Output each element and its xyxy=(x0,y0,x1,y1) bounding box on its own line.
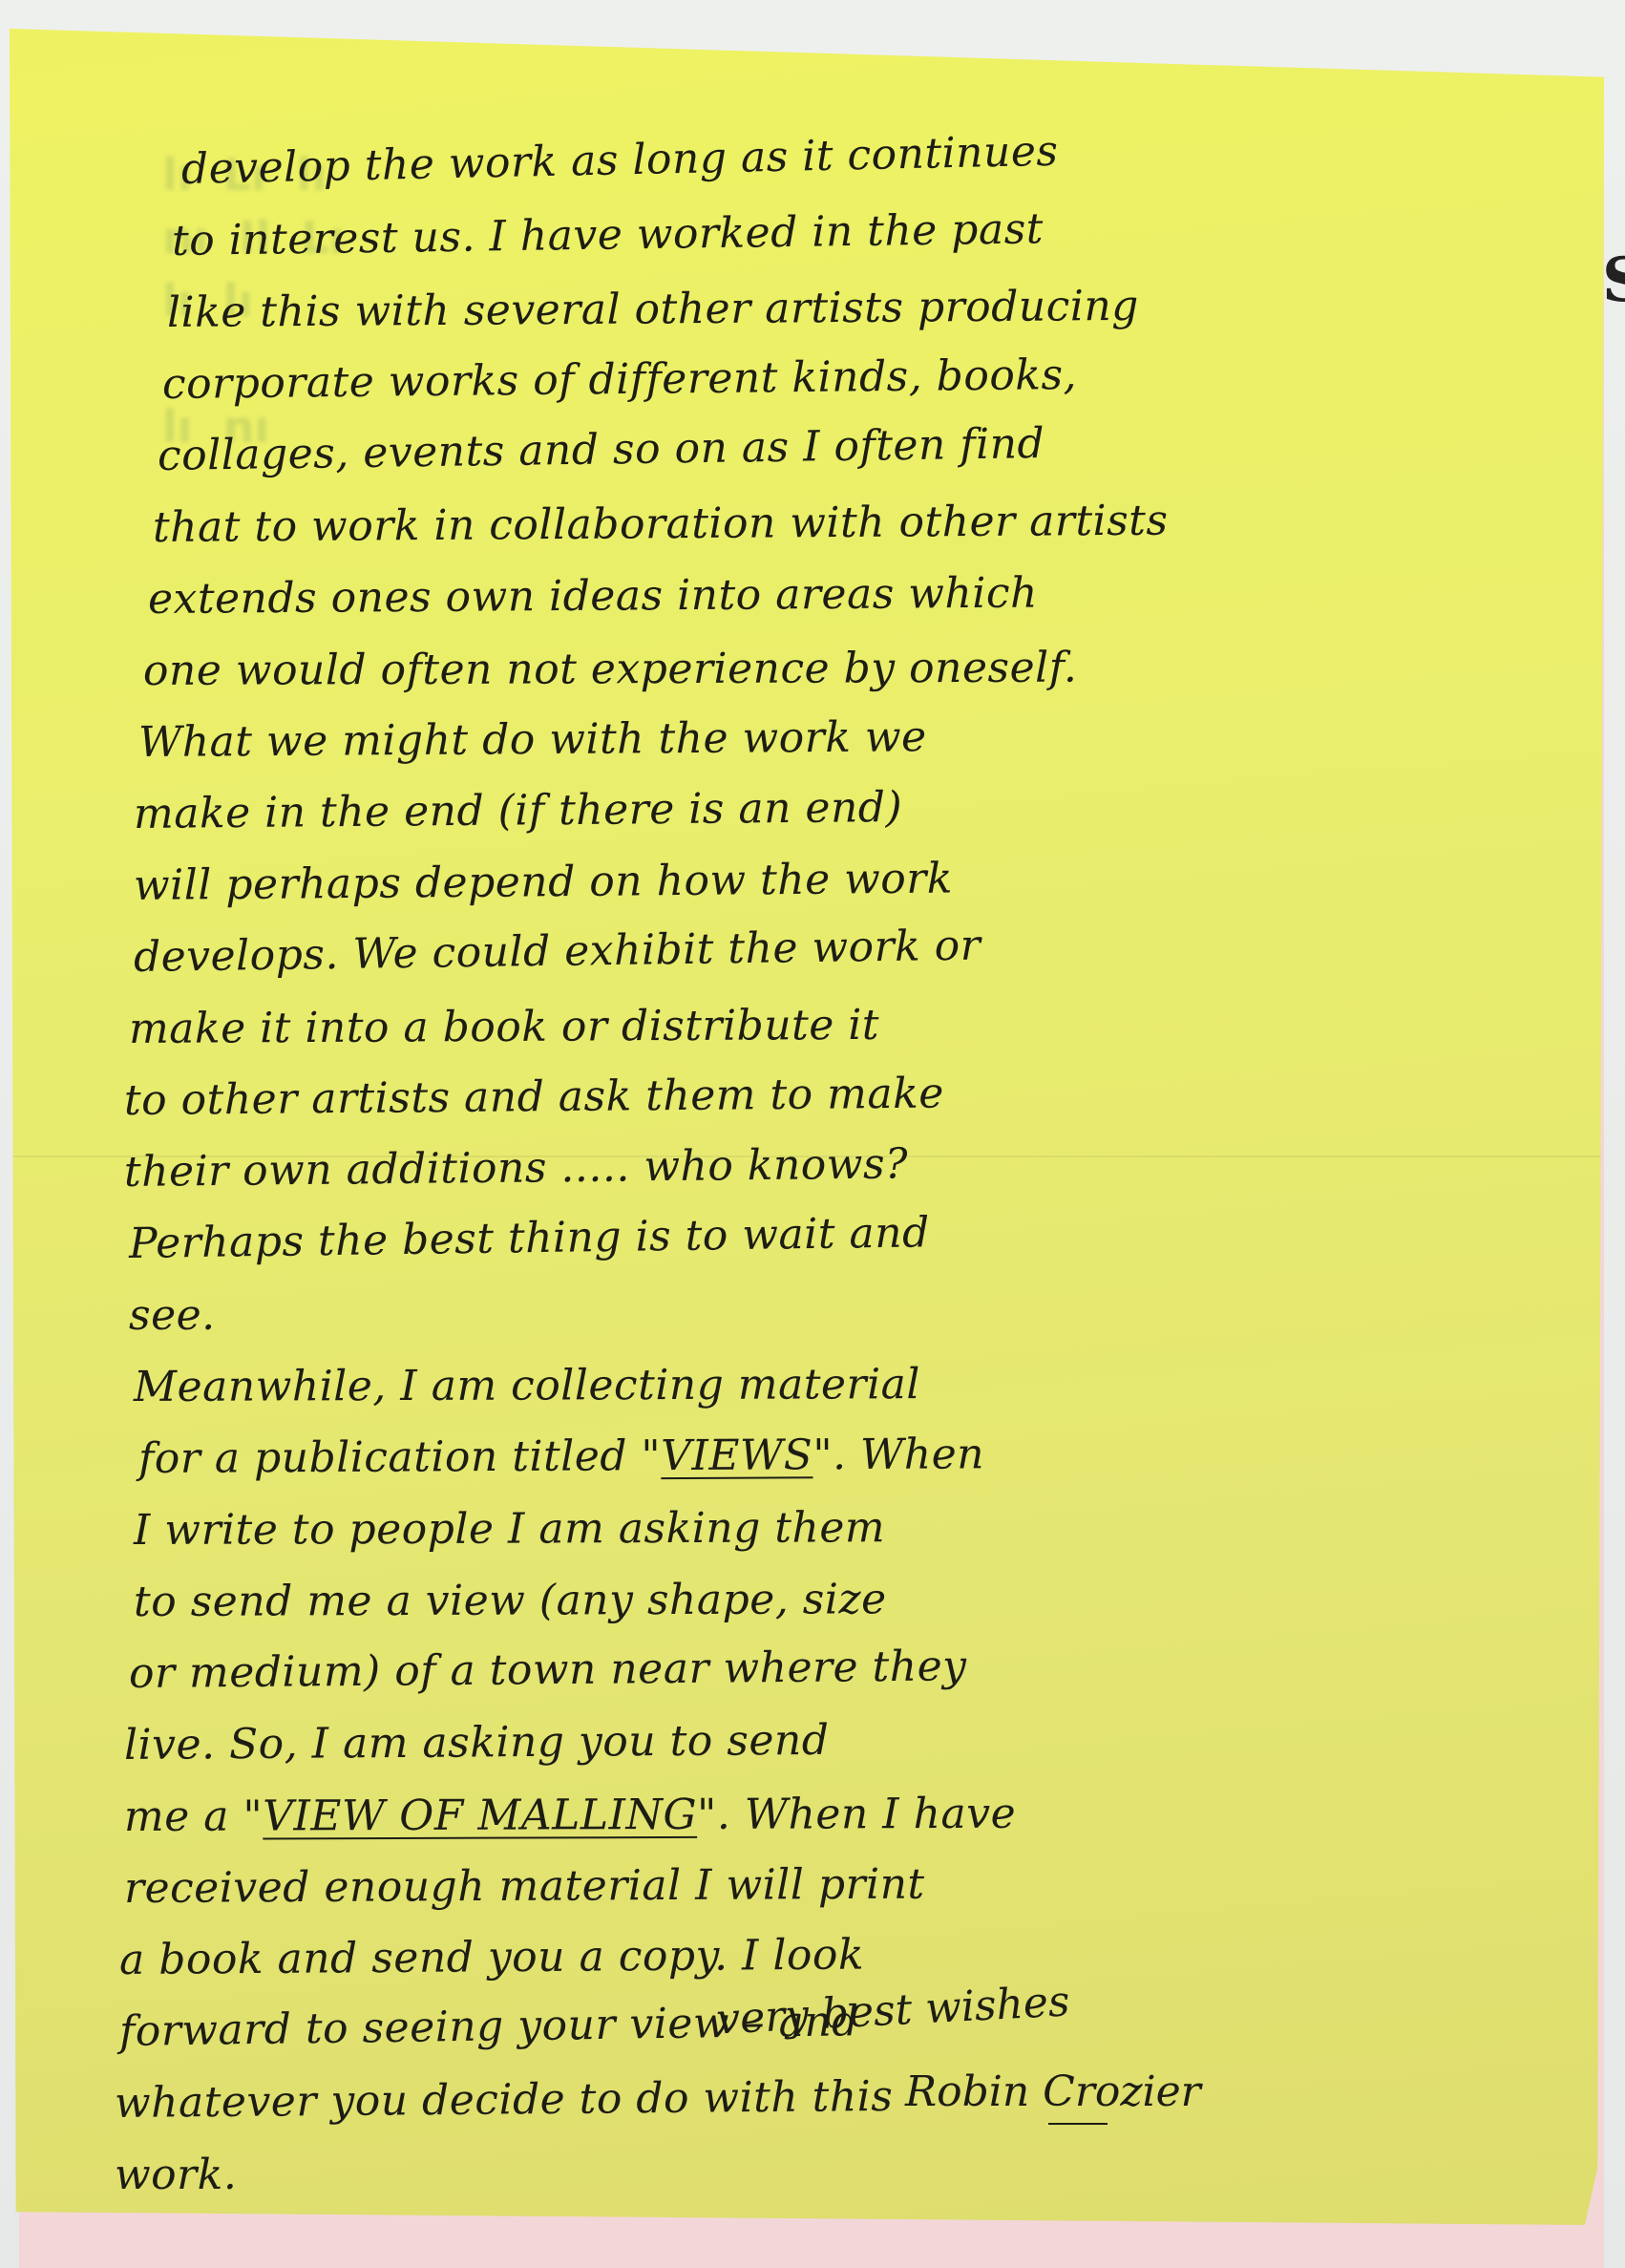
signature-underline xyxy=(1048,2123,1108,2125)
underlined-title: VIEW OF MALLING xyxy=(263,1791,697,1841)
letter-line: Meanwhile, I am collecting material xyxy=(134,1346,1375,1423)
line-text: make in the end (if there is an end) xyxy=(134,783,903,838)
line-text: see. xyxy=(129,1291,216,1340)
letter-line: like this with several other artists pro… xyxy=(167,268,1375,349)
line-text: work. xyxy=(115,2151,237,2199)
letter-body: develop the work as long as it continues… xyxy=(172,134,1375,2211)
line-text: received enough material I will print xyxy=(124,1860,925,1913)
line-text: collages, events and so on as I often fi… xyxy=(158,419,1045,480)
letter-line: see. xyxy=(129,1280,1375,1351)
line-text: develop the work as long as it continues xyxy=(180,127,1058,194)
line-text: corporate works of different kinds, book… xyxy=(162,350,1078,409)
line-text: ". When I have xyxy=(697,1790,1016,1839)
letter-line: extends ones own ideas into areas which xyxy=(148,555,1375,635)
letter-line: make it into a book or distribute it xyxy=(129,986,1375,1065)
line-text: one would often not experience by onesel… xyxy=(143,644,1078,695)
line-text: for a publication titled " xyxy=(138,1431,661,1483)
line-text: extends ones own ideas into areas which xyxy=(148,568,1038,624)
letter-line: What we might do with the work we xyxy=(138,698,1375,778)
line-text: Meanwhile, I am collecting material xyxy=(134,1360,920,1411)
partial-printed-letter: S xyxy=(1602,250,1625,311)
line-text: like this with several other artists pro… xyxy=(167,282,1139,337)
letter-line: me a "VIEW OF MALLING". When I have xyxy=(124,1776,1375,1853)
letter-line: one would often not experience by onesel… xyxy=(143,630,1375,707)
signature: Robin Crozier xyxy=(905,2067,1201,2116)
letter-line: to interest us. I have worked in the pas… xyxy=(171,188,1375,277)
letter-line: work. xyxy=(115,2139,1375,2211)
line-text: a book and send you a copy. I look xyxy=(119,1931,864,1984)
line-text: to interest us. I have worked in the pas… xyxy=(172,204,1045,265)
line-text: that to work in collaboration with other… xyxy=(153,497,1169,552)
letter-line: received enough material I will print xyxy=(124,1846,1375,1924)
line-text: ". When xyxy=(812,1430,984,1479)
line-text: Perhaps the best thing is to wait and xyxy=(129,1208,930,1268)
letter-line: to send me a view (any shape, size xyxy=(134,1561,1375,1638)
line-text: to other artists and ask them to make xyxy=(124,1070,944,1125)
letter-line: for a publication titled "VIEWS". When xyxy=(138,1416,1375,1494)
letter-line: I write to people I am asking them xyxy=(134,1490,1375,1566)
line-text: whatever you decide to do with this xyxy=(115,2072,894,2128)
line-text: develops. We could exhibit the work or xyxy=(134,922,981,982)
line-text: live. So, I am asking you to send xyxy=(124,1716,830,1770)
letter-line: that to work in collaboration with other… xyxy=(153,483,1375,563)
line-text: or medium) of a town near where they xyxy=(129,1642,967,1698)
line-text: me a " xyxy=(124,1791,263,1841)
line-text: What we might do with the work we xyxy=(138,712,927,767)
line-text: I write to people I am asking them xyxy=(134,1503,885,1555)
letter-line: or medium) of a town near where they xyxy=(129,1627,1376,1709)
line-text: make it into a book or distribute it xyxy=(129,1001,879,1053)
letter-line: to other artists and ask them to make xyxy=(124,1054,1376,1136)
underlined-title: VIEWS xyxy=(661,1431,812,1480)
letter-line: live. So, I am asking you to send xyxy=(124,1701,1375,1781)
line-text: will perhaps depend on how the work xyxy=(134,855,953,910)
letter-line: make in the end (if there is an end) xyxy=(134,768,1376,850)
signature-text: Robin Crozier xyxy=(905,2067,1201,2116)
line-text: to send me a view (any shape, size xyxy=(134,1575,887,1626)
line-text: their own additions ..... who knows? xyxy=(124,1139,909,1197)
